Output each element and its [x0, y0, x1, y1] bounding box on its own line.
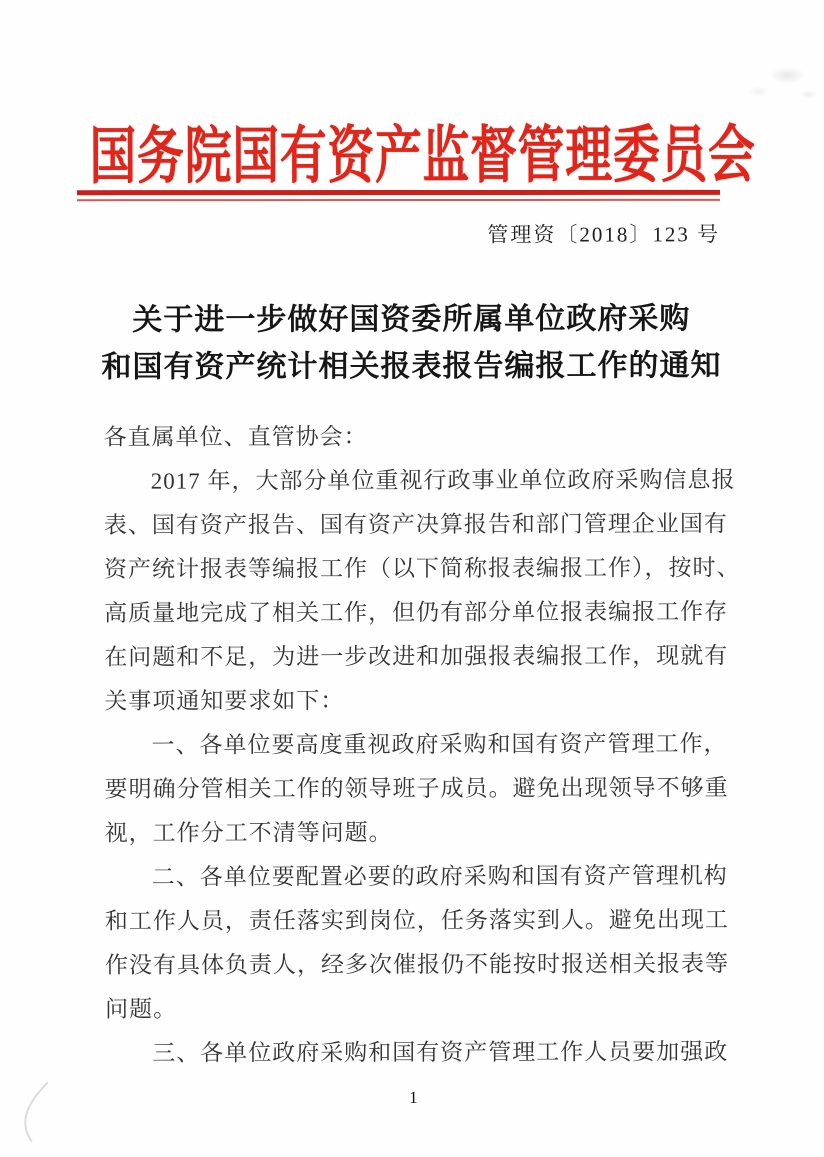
divider-thick-line — [77, 190, 720, 195]
body-line: 表、国有资产报告、国有资产决算报告和部门管理企业国有 — [104, 502, 728, 548]
body-line-item-3: 三、各单位政府采购和国有资产管理工作人员要加强政 — [105, 1030, 729, 1076]
body-line-item-1: 一、各单位要高度重视政府采购和国有资产管理工作， — [104, 722, 728, 768]
salutation-line: 各直属单位、直管协会： — [104, 414, 728, 460]
body-line: 关事项通知要求如下： — [104, 678, 728, 724]
page-footer: 1 — [1, 1087, 824, 1109]
body-line: 和工作人员，责任落实到岗位，任务落实到人。避免出现工 — [105, 898, 729, 944]
body-line: 视，工作分工不清等问题。 — [105, 810, 729, 856]
document-title: 关于进一步做好国资委所属单位政府采购 和国有资产统计相关报表报告编报工作的通知 — [0, 295, 824, 391]
page-number: 1 — [409, 1088, 418, 1107]
document-body: 各直属单位、直管协会： 2017 年，大部分单位重视行政事业单位政府采购信息报 … — [104, 414, 730, 1076]
body-line: 2017 年，大部分单位重视行政事业单位政府采购信息报 — [104, 458, 728, 504]
document-number: 管理资〔2018〕123 号 — [487, 218, 720, 249]
letterhead-divider — [77, 189, 720, 202]
scanned-sheet: 国务院国有资产监督管理委员会 管理资〔2018〕123 号 关于进一步做好国资委… — [0, 0, 824, 1157]
divider-thin-line — [77, 199, 720, 201]
body-line: 在问题和不足，为进一步改进和加强报表编报工作，现就有 — [104, 634, 728, 680]
body-line: 问题。 — [105, 986, 729, 1032]
letterhead-title: 国务院国有资产监督管理委员会 — [89, 122, 732, 190]
body-line: 资产统计报表等编报工作（以下简称报表编报工作），按时、 — [104, 546, 728, 592]
scan-artifact-smudge — [732, 51, 822, 109]
title-line-2: 和国有资产统计相关报表报告编报工作的通知 — [0, 342, 824, 391]
body-line-item-2: 二、各单位要配置必要的政府采购和国有资产管理机构 — [105, 854, 729, 900]
body-line: 要明确分管相关工作的领导班子成员。避免出现领导不够重 — [104, 766, 728, 812]
title-line-1: 关于进一步做好国资委所属单位政府采购 — [0, 295, 823, 344]
document-page: 国务院国有资产监督管理委员会 管理资〔2018〕123 号 关于进一步做好国资委… — [0, 0, 824, 1157]
body-line: 高质量地完成了相关工作，但仍有部分单位报表编报工作存 — [104, 590, 728, 636]
body-line: 作没有具体负责人，经多次催报仍不能按时报送相关报表等 — [105, 942, 729, 988]
